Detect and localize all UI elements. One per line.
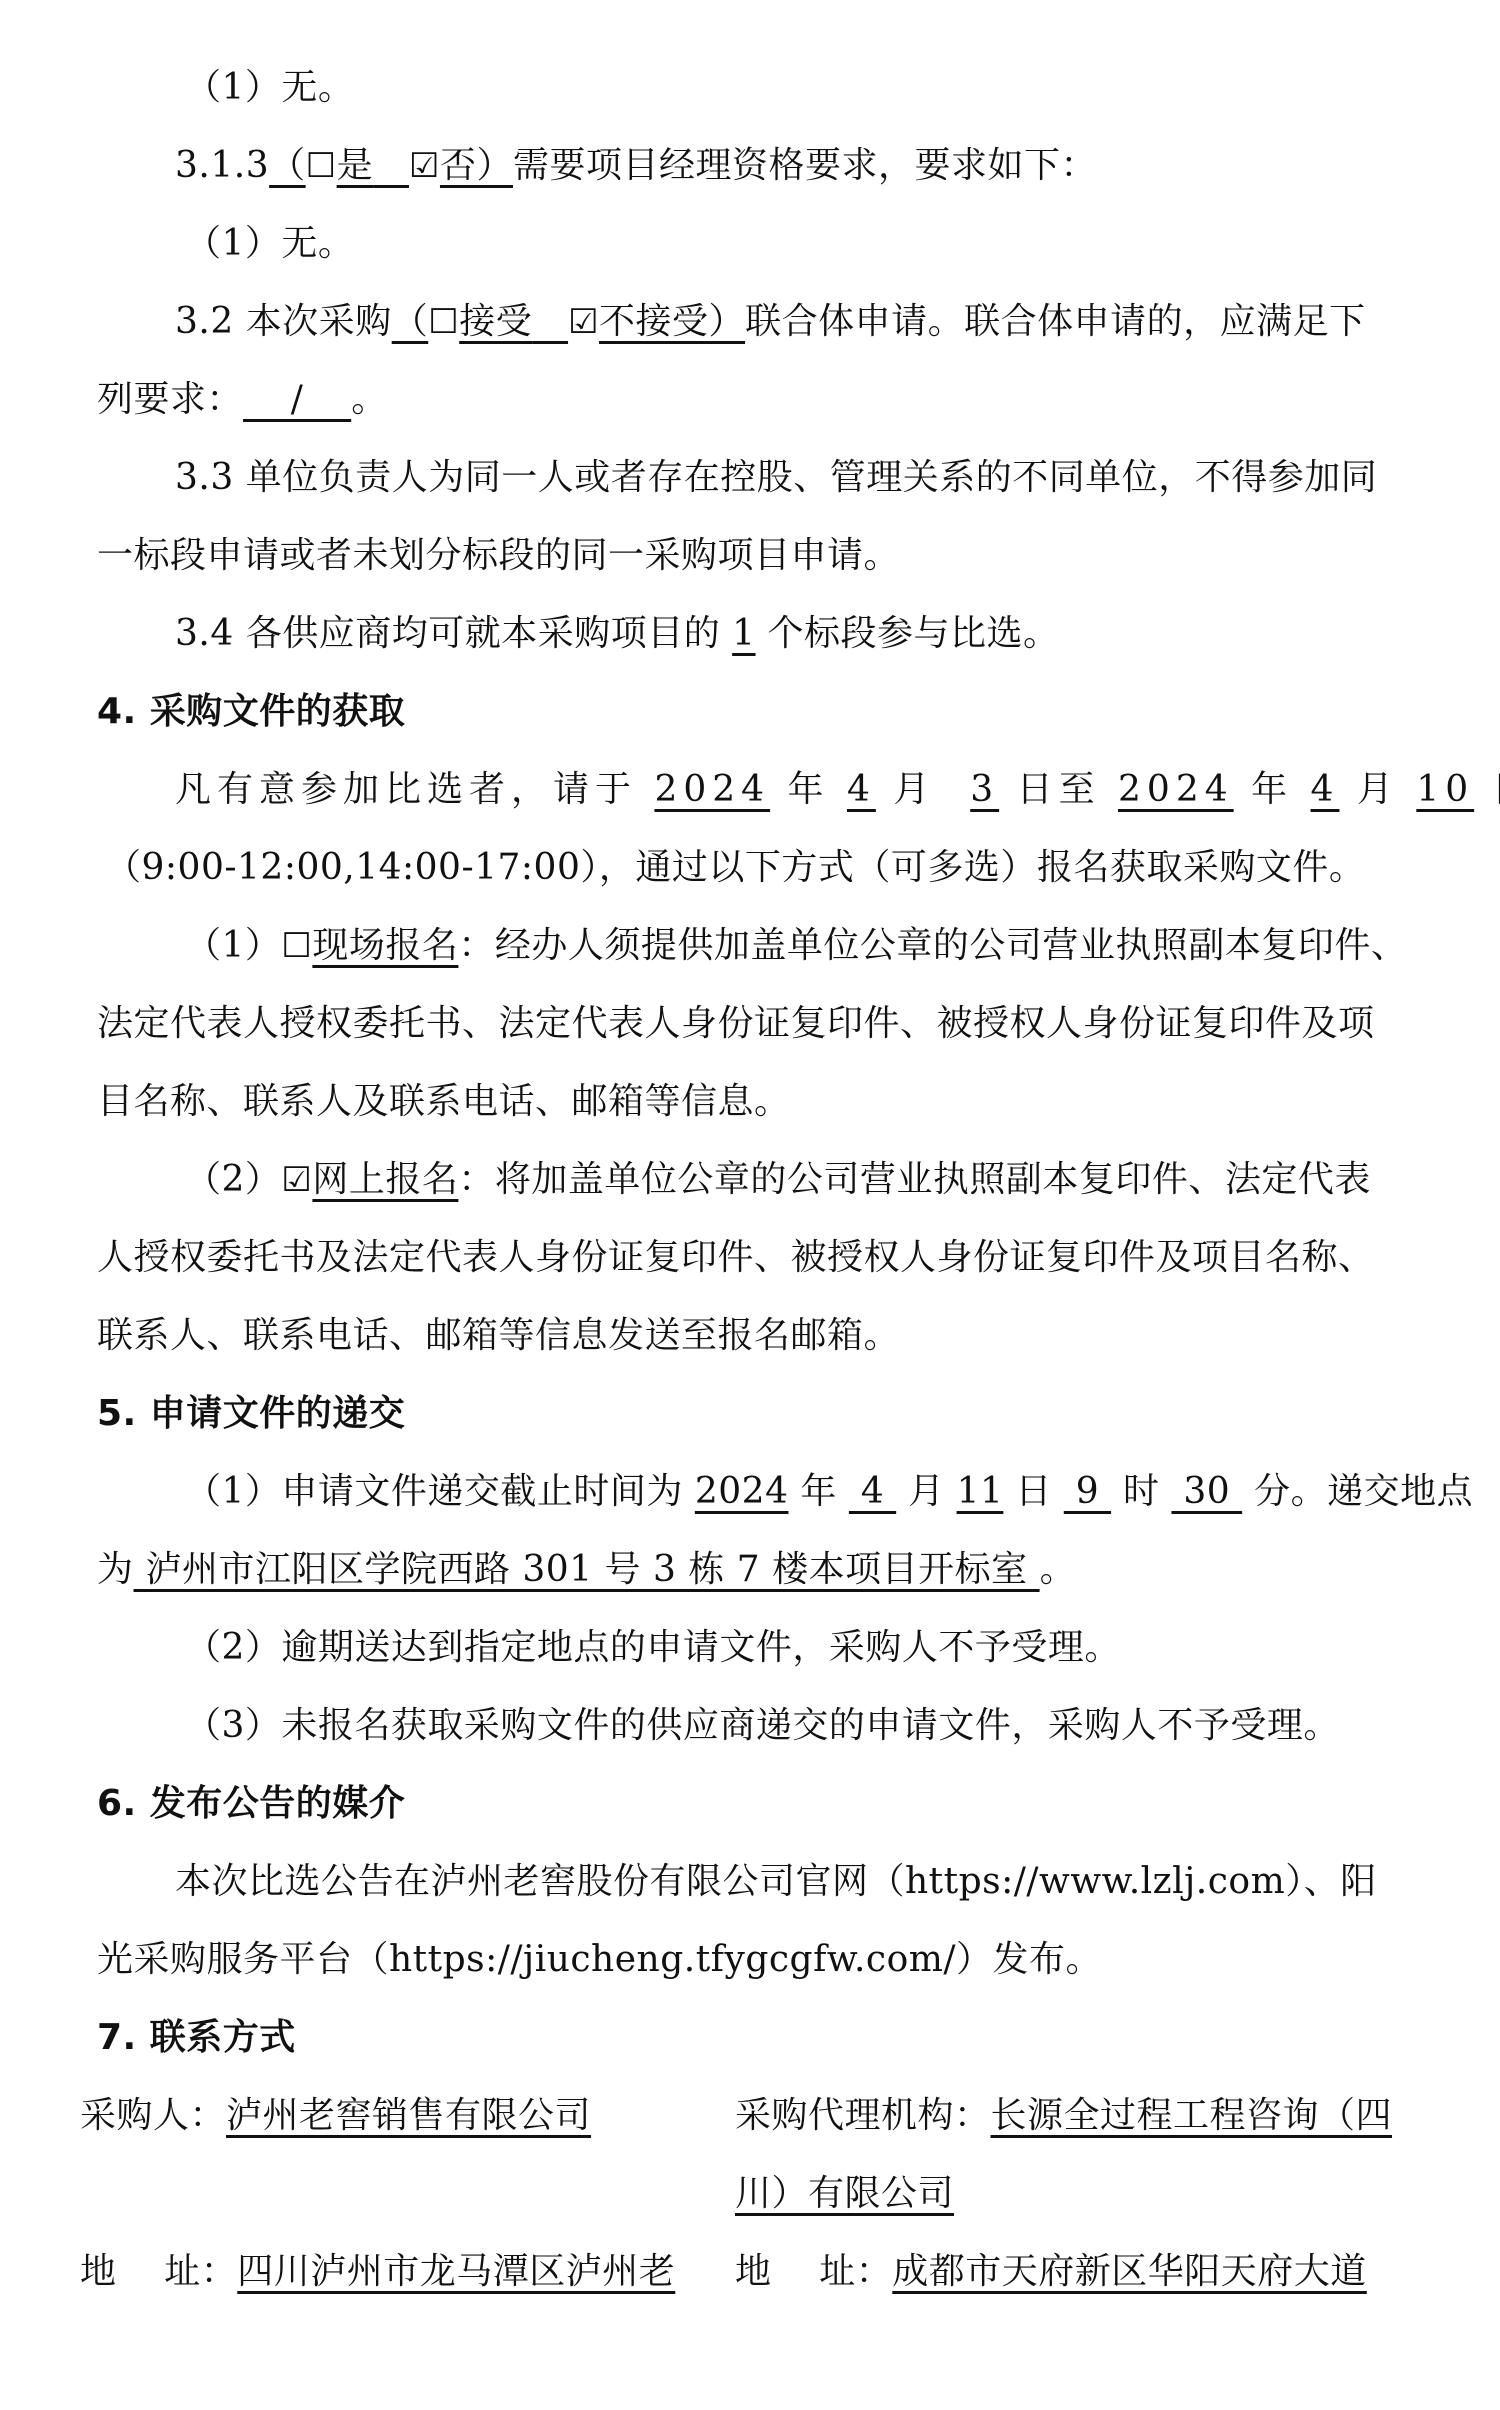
deadline-year: 2024 bbox=[695, 1471, 789, 1512]
clause-3-2: 3.2 本次采购（☐接受 ☑不接受）联合体申请。联合体申请的，应满足下 bbox=[175, 283, 1500, 361]
contact-row-3: 地 址：四川泸州市龙马潭区泸州老 地 址：成都市天府新区华阳天府大道 bbox=[80, 2233, 1430, 2311]
blank-field: / bbox=[243, 379, 351, 420]
purchaser-address: 四川泸州市龙马潭区泸州老 bbox=[237, 2251, 675, 2292]
paragraph-text: 一标段申请或者未划分标段的同一采购项目申请。 bbox=[97, 535, 900, 576]
option-label: 网上报名 bbox=[312, 1159, 458, 1200]
yes-no-option-group: （☐是 ☑否） bbox=[269, 145, 513, 186]
end-day: 10 bbox=[1416, 769, 1474, 810]
paragraph-text: 光采购服务平台（https://jiucheng.tfygcgfw.com/）发… bbox=[97, 1939, 1102, 1980]
paragraph-text: （1）申请文件递交截止时间为 bbox=[185, 1471, 695, 1512]
period: 。 bbox=[1040, 1549, 1077, 1590]
clause-number: 3.2 本次采购 bbox=[175, 301, 392, 342]
deadline-hour: 9 bbox=[1064, 1471, 1111, 1512]
end-month: 4 bbox=[1311, 769, 1340, 810]
clause-3-3: 3.3 单位负责人为同一人或者存在控股、管理关系的不同单位，不得参加同 bbox=[175, 439, 1500, 517]
paragraph-text: （1）无。 bbox=[185, 67, 354, 108]
option-online-text-2: 人授权委托书及法定代表人身份证复印件、被授权人身份证复印件及项目名称、 bbox=[97, 1219, 1447, 1297]
submission-address: 泸州市江阳区学院西路 301 号 3 栋 7 楼本项目开标室 bbox=[134, 1549, 1040, 1590]
paragraph-text: 法定代表人授权委托书、法定代表人身份证复印件、被授权人身份证复印件及项 bbox=[97, 1003, 1375, 1044]
label: 月 bbox=[896, 1471, 956, 1512]
section-7-heading: 7. 联系方式 bbox=[97, 1999, 1447, 2077]
label: 年 bbox=[1234, 769, 1311, 810]
heading-text: 7. 联系方式 bbox=[97, 2017, 296, 2058]
paragraph-text: 3.3 单位负责人为同一人或者存在控股、管理关系的不同单位，不得参加同 bbox=[175, 457, 1377, 498]
agent-block: 采购代理机构：长源全过程工程咨询（四 bbox=[735, 2077, 1392, 2155]
paragraph-text: 3.4 各供应商均可就本采购项目的 bbox=[175, 613, 732, 654]
deadline-day: 11 bbox=[957, 1471, 1004, 1512]
agent-name-line-2: 川）有限公司 bbox=[735, 2173, 954, 2214]
clause-3-4: 3.4 各供应商均可就本采购项目的 1 个标段参与比选。 bbox=[175, 595, 1500, 673]
period: 。 bbox=[351, 379, 388, 420]
label: 分。递交地点 bbox=[1242, 1471, 1473, 1512]
label: 日 bbox=[1003, 1471, 1063, 1512]
contact-row-1: 采购人：泸州老窖销售有限公司 采购代理机构：长源全过程工程咨询（四 bbox=[80, 2077, 1430, 2155]
checkbox-unchecked-icon[interactable]: ☐ bbox=[281, 907, 312, 985]
clause-text: 联合体申请。联合体申请的，应满足下 bbox=[745, 301, 1366, 342]
paragraph-text: 列要求： bbox=[97, 379, 243, 420]
paragraph-text: ：经办人须提供加盖单位公章的公司营业执照副本复印件、 bbox=[458, 925, 1407, 966]
section-5-heading: 5. 申请文件的递交 bbox=[97, 1375, 1447, 1453]
start-month: 4 bbox=[847, 769, 876, 810]
heading-text: 6. 发布公告的媒介 bbox=[97, 1783, 405, 1824]
paragraph-text: 个标段参与比选。 bbox=[756, 613, 1060, 654]
section-4-heading: 4. 采购文件的获取 bbox=[97, 673, 1447, 751]
option-online-text-3: 联系人、联系电话、邮箱等信息发送至报名邮箱。 bbox=[97, 1297, 1447, 1375]
paragraph-text: （9:00-12:00,14:00-17:00），通过以下方式（可多选）报名获取… bbox=[105, 847, 1365, 888]
document-page: （1）无。 3.1.3（☐是 ☑否）需要项目经理资格要求，要求如下： （1）无。… bbox=[0, 0, 1500, 2410]
paragraph-text: 目名称、联系人及联系电话、邮箱等信息。 bbox=[97, 1081, 791, 1122]
purchaser-address-label: 地 址： bbox=[80, 2251, 237, 2292]
option-online-registration: （2）☑网上报名：将加盖单位公章的公司营业执照副本复印件、法定代表 bbox=[185, 1141, 1500, 1219]
paragraph-text: 联系人、联系电话、邮箱等信息发送至报名邮箱。 bbox=[97, 1315, 900, 1356]
clause-3-2-cont: 列要求： / 。 bbox=[97, 361, 1447, 439]
checkbox-checked-icon[interactable]: ☑ bbox=[281, 1141, 312, 1219]
section-6-heading: 6. 发布公告的媒介 bbox=[97, 1765, 1447, 1843]
option-number: （1） bbox=[185, 925, 281, 966]
purchaser-name: 泸州老窖销售有限公司 bbox=[226, 2095, 591, 2136]
paragraph-text: ：将加盖单位公章的公司营业执照副本复印件、法定代表 bbox=[458, 1159, 1371, 1200]
section-4-para-1-cont: （9:00-12:00,14:00-17:00），通过以下方式（可多选）报名获取… bbox=[105, 829, 1455, 907]
contact-row-2: 川）有限公司 bbox=[735, 2155, 1500, 2233]
start-year: 2024 bbox=[654, 769, 770, 810]
label: 月 bbox=[1339, 769, 1416, 810]
agent-address-block: 地 址：成都市天府新区华阳天府大道 bbox=[735, 2233, 1367, 2311]
agent-label: 采购代理机构： bbox=[735, 2095, 991, 2136]
submission-deadline: （1）申请文件递交截止时间为 2024 年 4 月 11 日 9 时 30 分。… bbox=[185, 1453, 1500, 1531]
option-onsite-text-2: 法定代表人授权委托书、法定代表人身份证复印件、被授权人身份证复印件及项 bbox=[97, 985, 1447, 1063]
option-onsite-registration: （1）☐现场报名：经办人须提供加盖单位公章的公司营业执照副本复印件、 bbox=[185, 907, 1500, 985]
media-para-2: 光采购服务平台（https://jiucheng.tfygcgfw.com/）发… bbox=[97, 1921, 1447, 1999]
paragraph-text: 为 bbox=[97, 1549, 134, 1590]
label: 日至 bbox=[999, 769, 1118, 810]
paragraph-text: （3）未报名获取采购文件的供应商递交的申请文件，采购人不予受理。 bbox=[185, 1705, 1340, 1746]
option-number: （2） bbox=[185, 1159, 281, 1200]
deadline-month: 4 bbox=[849, 1471, 896, 1512]
end-year: 2024 bbox=[1118, 769, 1234, 810]
checkbox-unchecked-icon[interactable]: ☐ bbox=[306, 127, 337, 205]
clause-3-3-cont: 一标段申请或者未划分标段的同一采购项目申请。 bbox=[97, 517, 1447, 595]
label: 时 bbox=[1111, 1471, 1171, 1512]
paragraph-text: （2）逾期送达到指定地点的申请文件，采购人不予受理。 bbox=[185, 1627, 1121, 1668]
clause-3-1-3: 3.1.3（☐是 ☑否）需要项目经理资格要求，要求如下： bbox=[175, 127, 1500, 205]
checkbox-checked-icon[interactable]: ☑ bbox=[568, 283, 599, 361]
submission-location: 为 泸州市江阳区学院西路 301 号 3 栋 7 楼本项目开标室 。 bbox=[97, 1531, 1447, 1609]
option-reject-label: 不接受） bbox=[599, 301, 745, 342]
media-para-1: 本次比选公告在泸州老窖股份有限公司官网（https://www.lzlj.com… bbox=[175, 1843, 1500, 1921]
req-none-line-2: （1）无。 bbox=[185, 205, 1500, 283]
deadline-minute: 30 bbox=[1171, 1471, 1242, 1512]
section-4-para-1: 凡有意参加比选者，请于 2024 年 4 月 3 日至 2024 年 4 月 1… bbox=[175, 751, 1500, 829]
heading-text: 4. 采购文件的获取 bbox=[97, 691, 405, 732]
agent-address-label: 地 址： bbox=[735, 2251, 892, 2292]
agent-address: 成都市天府新区华阳天府大道 bbox=[892, 2251, 1367, 2292]
paragraph-text: 本次比选公告在泸州老窖股份有限公司官网（https://www.lzlj.com… bbox=[175, 1861, 1377, 1902]
checkbox-checked-icon[interactable]: ☑ bbox=[409, 127, 440, 205]
option-label: 现场报名 bbox=[312, 925, 458, 966]
clause-text: 需要项目经理资格要求，要求如下： bbox=[513, 145, 1097, 186]
paragraph-text: 人授权委托书及法定代表人身份证复印件、被授权人身份证复印件及项目名称、 bbox=[97, 1237, 1375, 1278]
paren-open: （ bbox=[269, 145, 306, 186]
label: 年 bbox=[770, 769, 847, 810]
accept-option-group: （☐接受 ☑不接受） bbox=[392, 301, 745, 342]
req-none-line-1: （1）无。 bbox=[185, 49, 1500, 127]
option-no-label: 否） bbox=[440, 145, 513, 186]
purchaser-label: 采购人： bbox=[80, 2095, 226, 2136]
option-onsite-text-3: 目名称、联系人及联系电话、邮箱等信息。 bbox=[97, 1063, 1447, 1141]
paren-open: （ bbox=[392, 301, 429, 342]
clause-number: 3.1.3 bbox=[175, 145, 269, 186]
label: 年 bbox=[788, 1471, 848, 1512]
agent-name-line-1: 长源全过程工程咨询（四 bbox=[991, 2095, 1393, 2136]
label: 月 bbox=[876, 769, 970, 810]
option-yes-label: 是 bbox=[337, 145, 374, 186]
label: 日 bbox=[1474, 769, 1500, 810]
unregistered-rule: （3）未报名获取采购文件的供应商递交的申请文件，采购人不予受理。 bbox=[185, 1687, 1500, 1765]
option-accept-label: 接受 bbox=[459, 301, 532, 342]
start-day: 3 bbox=[970, 769, 999, 810]
paragraph-text: 凡有意参加比选者，请于 bbox=[175, 769, 654, 810]
checkbox-unchecked-icon[interactable]: ☐ bbox=[428, 283, 459, 361]
heading-text: 5. 申请文件的递交 bbox=[97, 1393, 405, 1434]
late-submission-rule: （2）逾期送达到指定地点的申请文件，采购人不予受理。 bbox=[185, 1609, 1500, 1687]
paragraph-text: （1）无。 bbox=[185, 223, 354, 264]
lot-count: 1 bbox=[732, 613, 755, 654]
